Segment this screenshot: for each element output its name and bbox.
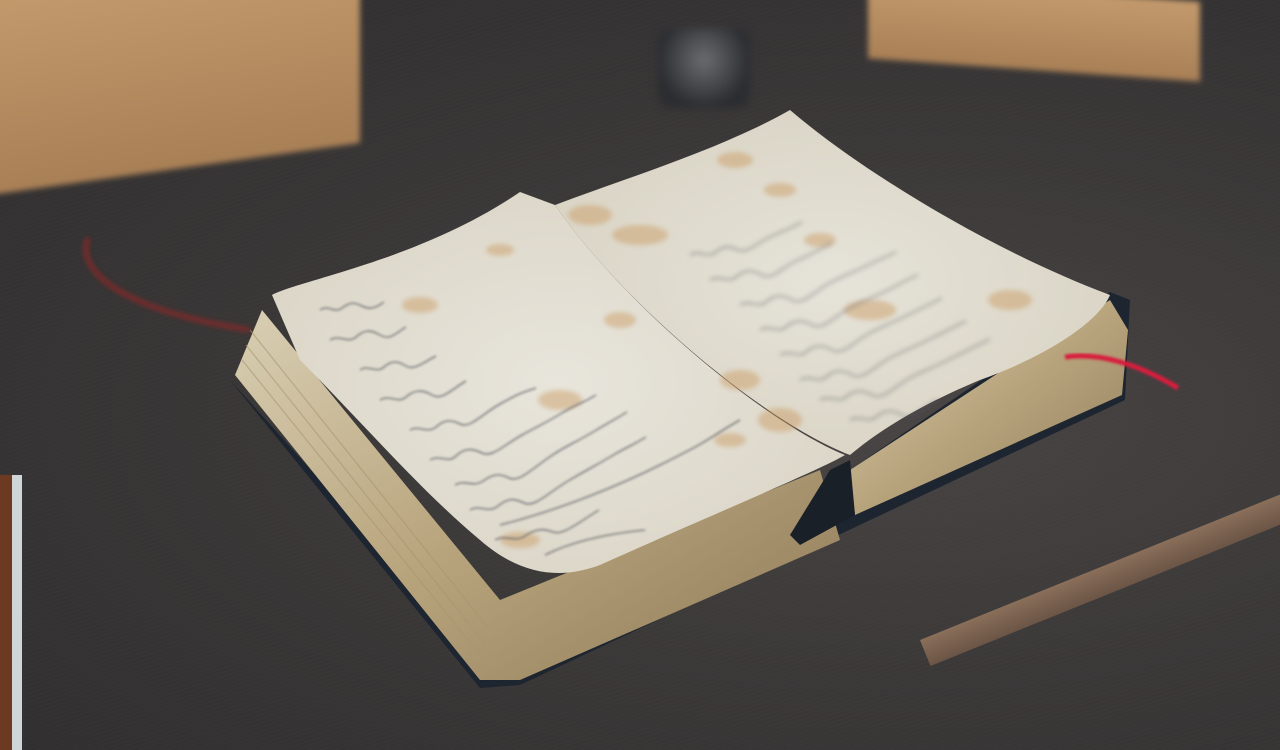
photo-scene <box>0 0 1280 750</box>
open-notebook <box>0 0 1280 750</box>
